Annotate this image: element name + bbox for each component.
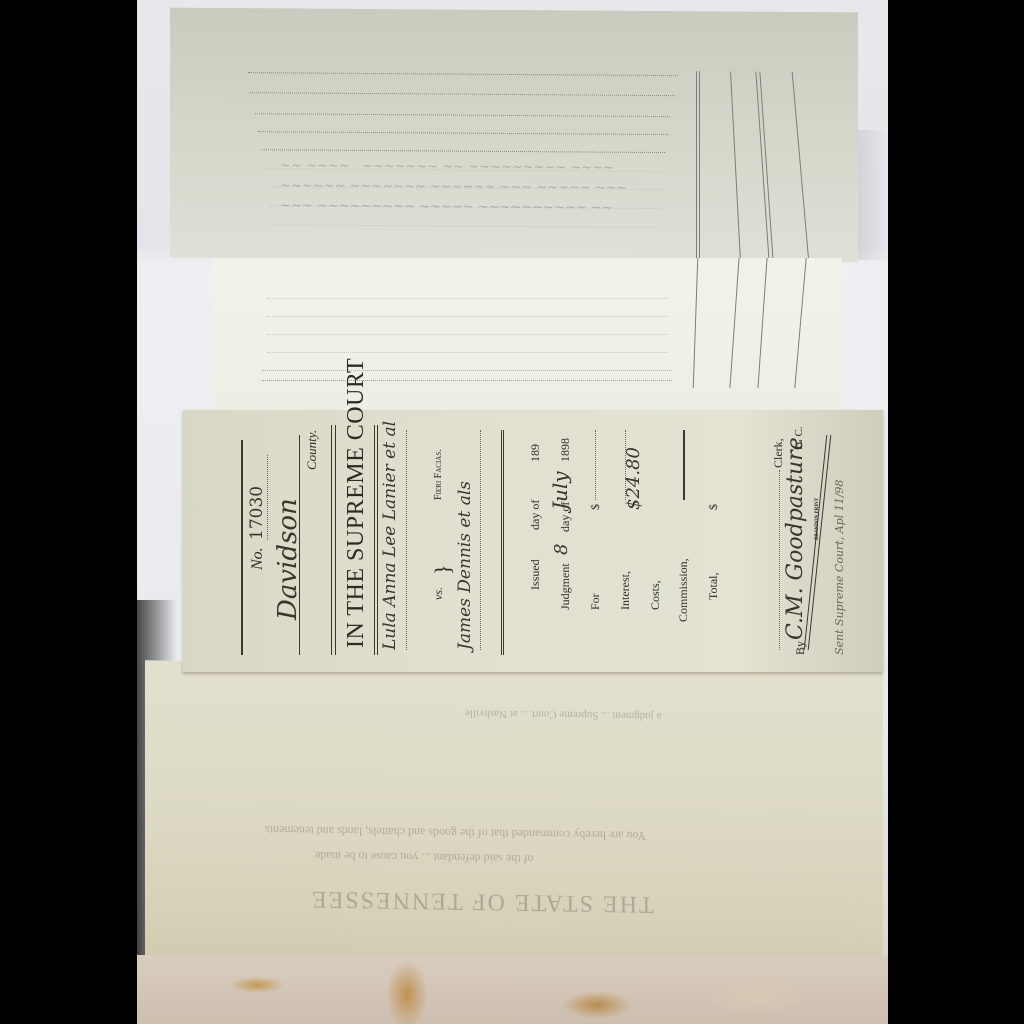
showthrough-text: You are hereby commanded that of the goo…	[265, 822, 646, 843]
brace: }	[430, 564, 456, 575]
commission-label: Commission,	[676, 558, 691, 622]
rule	[241, 440, 243, 655]
costs-label: Costs,	[648, 580, 663, 610]
rule	[808, 435, 832, 650]
showthrough-handwriting: ~~~ ~~~~~~~~~ ~~~~~ ~~~~~~~~~~ ~~	[280, 198, 612, 215]
column-rule	[693, 258, 699, 388]
rule	[501, 430, 502, 655]
showthrough-handwriting: ~~ ~~~~ ~~~~~~~ ~~ ~~~~~~~~~ ~~~~	[280, 158, 614, 175]
rule	[331, 425, 332, 655]
judgment-label: Judgment	[558, 563, 573, 610]
dotted-line	[262, 149, 665, 153]
showthrough-title: THE STATE OF TENNESSEE	[310, 885, 654, 917]
interest-label: Interest,	[618, 571, 633, 610]
dotted-line	[267, 316, 667, 317]
bottom-panel: a judgment ... Supreme Court ... at Nash…	[145, 660, 883, 990]
for-dollar: $	[588, 504, 603, 510]
column-rule	[730, 72, 741, 262]
column-rule	[729, 258, 739, 388]
rule	[503, 430, 504, 655]
total-label: Total,	[706, 573, 721, 601]
dotted-line	[267, 455, 268, 540]
dotted-line	[262, 380, 672, 381]
case-number: 17030	[247, 486, 267, 540]
dotted-line	[262, 370, 672, 371]
column-rule	[755, 72, 769, 262]
back-page-flat	[212, 258, 842, 418]
dotted-line	[248, 72, 678, 76]
case-number-label: No.	[249, 547, 267, 570]
dotted-line	[272, 224, 657, 228]
printer-mark: BRANDON PRINT	[815, 498, 820, 540]
writ-type: Fieri Facias.	[433, 449, 444, 500]
judgment-year: 1898	[558, 438, 573, 462]
dotted-line	[255, 113, 670, 117]
marble-surface	[137, 955, 888, 1024]
issued-day-of: day of	[528, 500, 543, 530]
dotted-line	[267, 334, 667, 335]
rule	[377, 425, 378, 655]
back-page-upright: ~~ ~~~~ ~~~~~~~ ~~ ~~~~~~~~~ ~~~~ ~~~~~~…	[170, 8, 858, 263]
column-rule	[696, 71, 697, 261]
judgment-month: July	[548, 471, 572, 510]
dotted-line	[779, 470, 780, 650]
for-label: For	[588, 593, 603, 610]
showthrough-handwriting: ~~~~~~ ~~~~~~~ ~~~~~~ ~~~ ~~~~~ ~~~	[280, 178, 627, 195]
rule	[335, 425, 336, 655]
showthrough-text: of the said defendant ... you cause to b…	[315, 848, 534, 866]
vs-label: vs.	[431, 587, 446, 600]
dotted-line	[258, 131, 668, 135]
county-handwritten: Davidson	[273, 498, 303, 620]
showthrough-text: a judgment ... Supreme Court ... at Nash…	[465, 707, 661, 722]
total-dollar: $	[706, 504, 721, 510]
court-title: IN THE SUPREME COURT	[343, 358, 370, 648]
county-label: County.	[304, 430, 320, 470]
dotted-line	[595, 430, 596, 500]
column-rule	[792, 72, 810, 262]
rule	[374, 425, 375, 655]
document-photo: ~~ ~~~~ ~~~~~~~ ~~ ~~~~~~~~~ ~~~~ ~~~~~~…	[137, 0, 888, 1024]
deputy-signature: C.M. Goodpasture	[783, 437, 808, 640]
front-panel: No. 17030 Davidson County. IN THE SUPREM…	[183, 410, 883, 672]
column-rule	[757, 258, 767, 388]
deputy-label: D. C.	[793, 426, 805, 450]
by-label: By	[793, 641, 808, 655]
costs-value: $24.80	[623, 447, 644, 510]
issued-year: 189	[528, 444, 543, 462]
defendant-name: James Dennis et als	[455, 481, 475, 650]
dotted-line	[267, 298, 667, 299]
column-rule	[794, 258, 806, 388]
judgment-day: 8	[551, 544, 572, 555]
issued-label: Issued	[528, 559, 543, 590]
dotted-line	[250, 92, 675, 96]
sum-rule	[683, 430, 685, 500]
dotted-line	[480, 430, 481, 650]
column-rule	[699, 71, 700, 261]
dotted-line	[267, 352, 667, 353]
margin-note: Sent Supreme Court, Apl 11/98	[833, 480, 846, 655]
plaintiff-name: Lula Anna Lee Lanier et al	[380, 421, 400, 650]
dotted-line	[406, 430, 407, 650]
